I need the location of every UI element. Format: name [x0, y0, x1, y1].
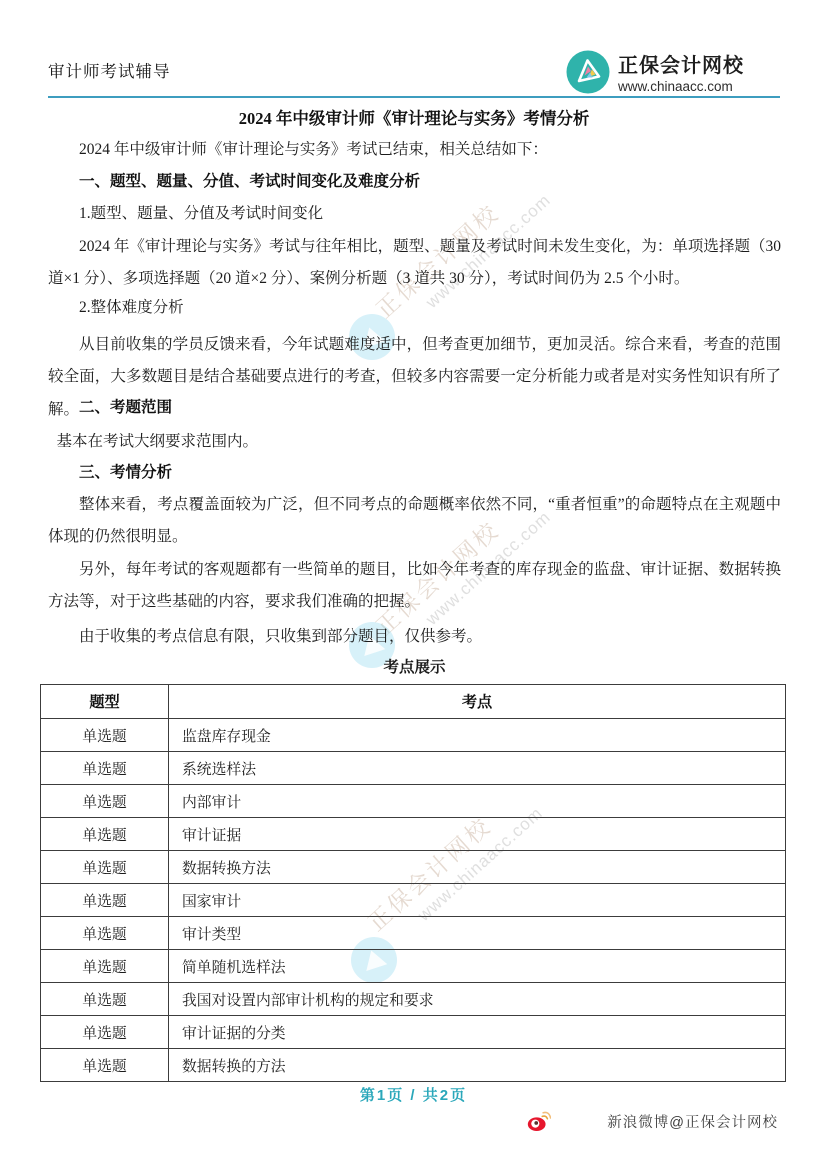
weibo-footer: 新浪微博@正保会计网校 [527, 1110, 778, 1132]
table-row: 单选题 数据转换方法 [41, 851, 786, 884]
cell-question-type: 单选题 [41, 752, 169, 785]
table-header-row: 题型 考点 [41, 685, 786, 719]
cell-key-point: 数据转换的方法 [169, 1049, 786, 1082]
brand-name: 正保会计网校 [618, 49, 744, 78]
subheading-1-1: 1.题型、题量、分值及考试时间变化 [48, 198, 781, 230]
brand-website: www.chinaacc.com [618, 79, 744, 94]
cell-question-type: 单选题 [41, 719, 169, 752]
column-header-question-type: 题型 [41, 685, 169, 719]
cell-question-type: 单选题 [41, 884, 169, 917]
document-page: 正保会计网校 www.chinaacc.com 正保会计网校 www.china… [0, 0, 827, 1170]
brand-logo-text: 正保会计网校 www.chinaacc.com [618, 49, 744, 94]
brand-logo-icon [566, 50, 610, 94]
paragraph-note: 由于收集的考点信息有限，只收集到部分题目，仅供参考。 [48, 621, 781, 653]
weibo-icon [527, 1110, 551, 1132]
cell-key-point: 数据转换方法 [169, 851, 786, 884]
table-row: 单选题 审计类型 [41, 917, 786, 950]
cell-key-point: 审计证据 [169, 818, 786, 851]
key-points-table: 题型 考点 单选题 监盘库存现金 单选题 系统选样法 单选题 内部审计 单选题 … [40, 684, 786, 1082]
paragraph-exam-change: 2024 年《审计理论与实务》考试与往年相比，题型、题量及考试时间未发生变化，为… [48, 231, 781, 296]
section-heading-2: 二、考题范围 [48, 392, 781, 424]
cell-question-type: 单选题 [41, 818, 169, 851]
page-indicator: 第1页 / 共2页 [0, 1084, 827, 1105]
subheading-1-2: 2.整体难度分析 [48, 292, 781, 324]
column-header-key-point: 考点 [169, 685, 786, 719]
table-row: 单选题 监盘库存现金 [41, 719, 786, 752]
course-label: 审计师考试辅导 [48, 58, 171, 82]
section-heading-1: 一、题型、题量、分值、考试时间变化及难度分析 [48, 166, 781, 198]
weibo-handle: 新浪微博@正保会计网校 [607, 1111, 778, 1132]
section-heading-3: 三、考情分析 [48, 457, 781, 489]
paragraph-analysis-1: 整体来看，考点覆盖面较为广泛，但不同考点的命题概率依然不同，“重者恒重”的命题特… [48, 489, 781, 554]
table-row: 单选题 内部审计 [41, 785, 786, 818]
cell-key-point: 我国对设置内部审计机构的规定和要求 [169, 983, 786, 1016]
cell-key-point: 国家审计 [169, 884, 786, 917]
cell-key-point: 内部审计 [169, 785, 786, 818]
paragraph-scope: 基本在考试大纲要求范围内。 [48, 426, 781, 458]
table-row: 单选题 审计证据的分类 [41, 1016, 786, 1049]
cell-question-type: 单选题 [41, 785, 169, 818]
cell-key-point: 审计类型 [169, 917, 786, 950]
cell-key-point: 简单随机选样法 [169, 950, 786, 983]
cell-question-type: 单选题 [41, 983, 169, 1016]
cell-question-type: 单选题 [41, 950, 169, 983]
cell-key-point: 审计证据的分类 [169, 1016, 786, 1049]
cell-question-type: 单选题 [41, 1049, 169, 1082]
table-row: 单选题 简单随机选样法 [41, 950, 786, 983]
paragraph-intro: 2024 年中级审计师《审计理论与实务》考试已结束，相关总结如下： [48, 134, 781, 166]
cell-key-point: 系统选样法 [169, 752, 786, 785]
table-row: 单选题 数据转换的方法 [41, 1049, 786, 1082]
cell-key-point: 监盘库存现金 [169, 719, 786, 752]
table-row: 单选题 我国对设置内部审计机构的规定和要求 [41, 983, 786, 1016]
table-row: 单选题 系统选样法 [41, 752, 786, 785]
cell-question-type: 单选题 [41, 851, 169, 884]
cell-question-type: 单选题 [41, 1016, 169, 1049]
cell-question-type: 单选题 [41, 917, 169, 950]
brand-logo: 正保会计网校 www.chinaacc.com [566, 49, 744, 94]
header-divider [48, 96, 780, 98]
table-caption: 考点展示 [48, 652, 781, 684]
table-row: 单选题 审计证据 [41, 818, 786, 851]
document-title: 2024 年中级审计师《审计理论与实务》考情分析 [48, 105, 780, 129]
table-row: 单选题 国家审计 [41, 884, 786, 917]
paragraph-analysis-2: 另外，每年考试的客观题都有一些简单的题目，比如今年考查的库存现金的监盘、审计证据… [48, 554, 781, 619]
